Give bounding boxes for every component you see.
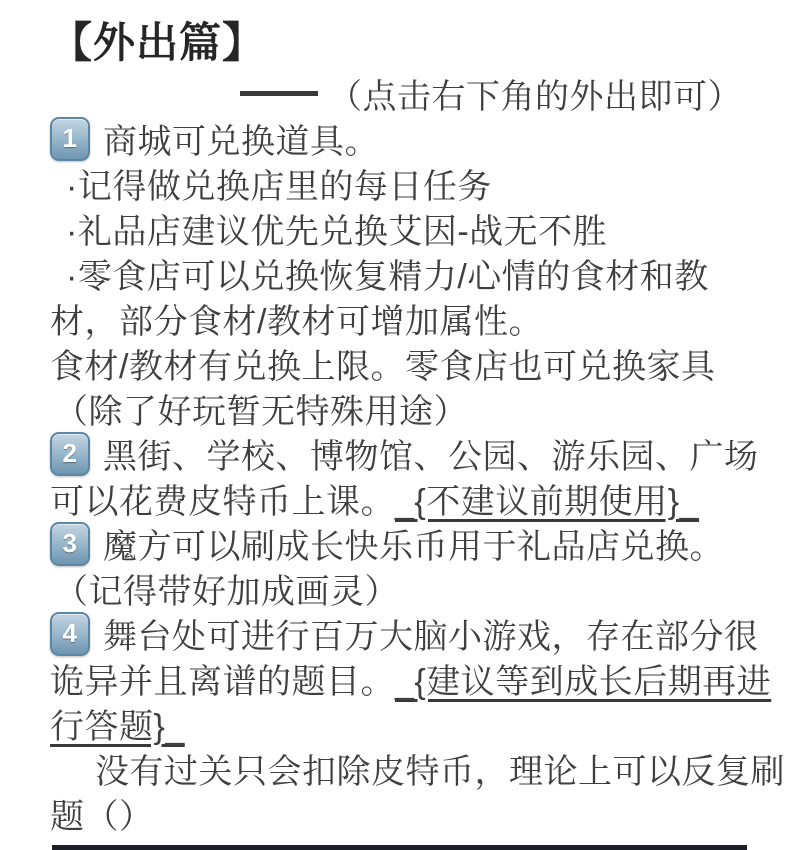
bullet-3-text-line-2: 材，部分食材/教材可增加属性。 bbox=[50, 294, 543, 343]
bullet-gift-shop: ·礼品店建议优先兑换艾因-战无不胜 bbox=[50, 206, 770, 251]
document: 【外出篇】 （点击右下角的外出即可） 1 商城可兑换道具。 ·记得做兑换店里的每… bbox=[0, 0, 800, 836]
item-4-text: 舞台处可进行百万大脑小游戏，存在部分很 bbox=[103, 609, 759, 658]
list-item-4: 4 舞台处可进行百万大脑小游戏，存在部分很 bbox=[50, 611, 770, 656]
note-buff-spirit: （记得带好加成画灵） bbox=[50, 566, 770, 611]
subtitle-text: （点击右下角的外出即可） bbox=[328, 69, 742, 118]
item-4-text-line-2: 诡异并且离谱的题目。 bbox=[50, 654, 395, 703]
list-item-3: 3 魔方可以刷成长快乐币用于礼品店兑换。 bbox=[50, 521, 770, 566]
item-2-text-line-2: 可以花费皮特币上课。 bbox=[50, 474, 395, 523]
list-item-2-line-2: 可以花费皮特币上课。 _{不建议前期使用}_ bbox=[50, 476, 770, 521]
keycap-1-icon: 1 bbox=[50, 117, 90, 161]
note-furniture: （除了好玩暂无特殊用途） bbox=[50, 386, 770, 431]
footnote-text-line-1: 没有过关只会扣除皮特币，理论上可以反复刷 bbox=[95, 744, 785, 793]
list-item-1: 1 商城可兑换道具。 bbox=[50, 116, 770, 161]
subtitle-line: （点击右下角的外出即可） bbox=[50, 70, 770, 116]
keycap-2-icon: 2 bbox=[50, 432, 90, 476]
footnote-line-2: 题（） bbox=[50, 791, 770, 836]
list-item-4-line-3: 行答题}_ bbox=[50, 701, 770, 746]
item-4-underlined-note-line-2: 行答题}_ bbox=[50, 699, 185, 748]
note-1-text-line-2: （除了好玩暂无特殊用途） bbox=[54, 384, 468, 433]
item-2-underlined-note: _{不建议前期使用}_ bbox=[395, 474, 699, 523]
bullet-snack-shop-line-1: ·零食店可以兑换恢复精力/心情的食材和教 bbox=[50, 251, 770, 296]
keycap-4-icon: 4 bbox=[50, 612, 90, 656]
bullet-3-text-line-1: ·零食店可以兑换恢复精力/心情的食材和教 bbox=[66, 249, 709, 298]
footnote-line-1: 没有过关只会扣除皮特币，理论上可以反复刷 bbox=[50, 746, 770, 791]
item-3-note-text: （记得带好加成画灵） bbox=[54, 564, 399, 613]
item-1-text: 商城可兑换道具。 bbox=[103, 114, 379, 163]
item-3-text: 魔方可以刷成长快乐币用于礼品店兑换。 bbox=[103, 519, 724, 568]
note-exchange-limit: 食材/教材有兑换上限。零食店也可兑换家具 bbox=[50, 341, 770, 386]
item-2-text: 黑街、学校、博物馆、公园、游乐园、广场 bbox=[103, 429, 759, 478]
note-1-text-line-1: 食材/教材有兑换上限。零食店也可兑换家具 bbox=[50, 339, 715, 388]
cropped-bottom-bar bbox=[52, 845, 747, 850]
keycap-3-icon: 3 bbox=[50, 522, 90, 566]
list-item-4-line-2: 诡异并且离谱的题目。 _{建议等到成长后期再进 bbox=[50, 656, 770, 701]
dash-line bbox=[240, 91, 318, 96]
bullet-2-text: ·礼品店建议优先兑换艾因-战无不胜 bbox=[66, 204, 607, 253]
list-item-2: 2 黑街、学校、博物馆、公园、游乐园、广场 bbox=[50, 431, 770, 476]
bullet-1-text: ·记得做兑换店里的每日任务 bbox=[66, 159, 492, 208]
footnote-text-line-2: 题（） bbox=[50, 789, 154, 838]
item-4-underlined-note-line-1: _{建议等到成长后期再进 bbox=[395, 654, 771, 703]
page-title: 【外出篇】 bbox=[50, 10, 770, 70]
bullet-daily-task: ·记得做兑换店里的每日任务 bbox=[50, 161, 770, 206]
bullet-snack-shop-line-2: 材，部分食材/教材可增加属性。 bbox=[50, 296, 770, 341]
